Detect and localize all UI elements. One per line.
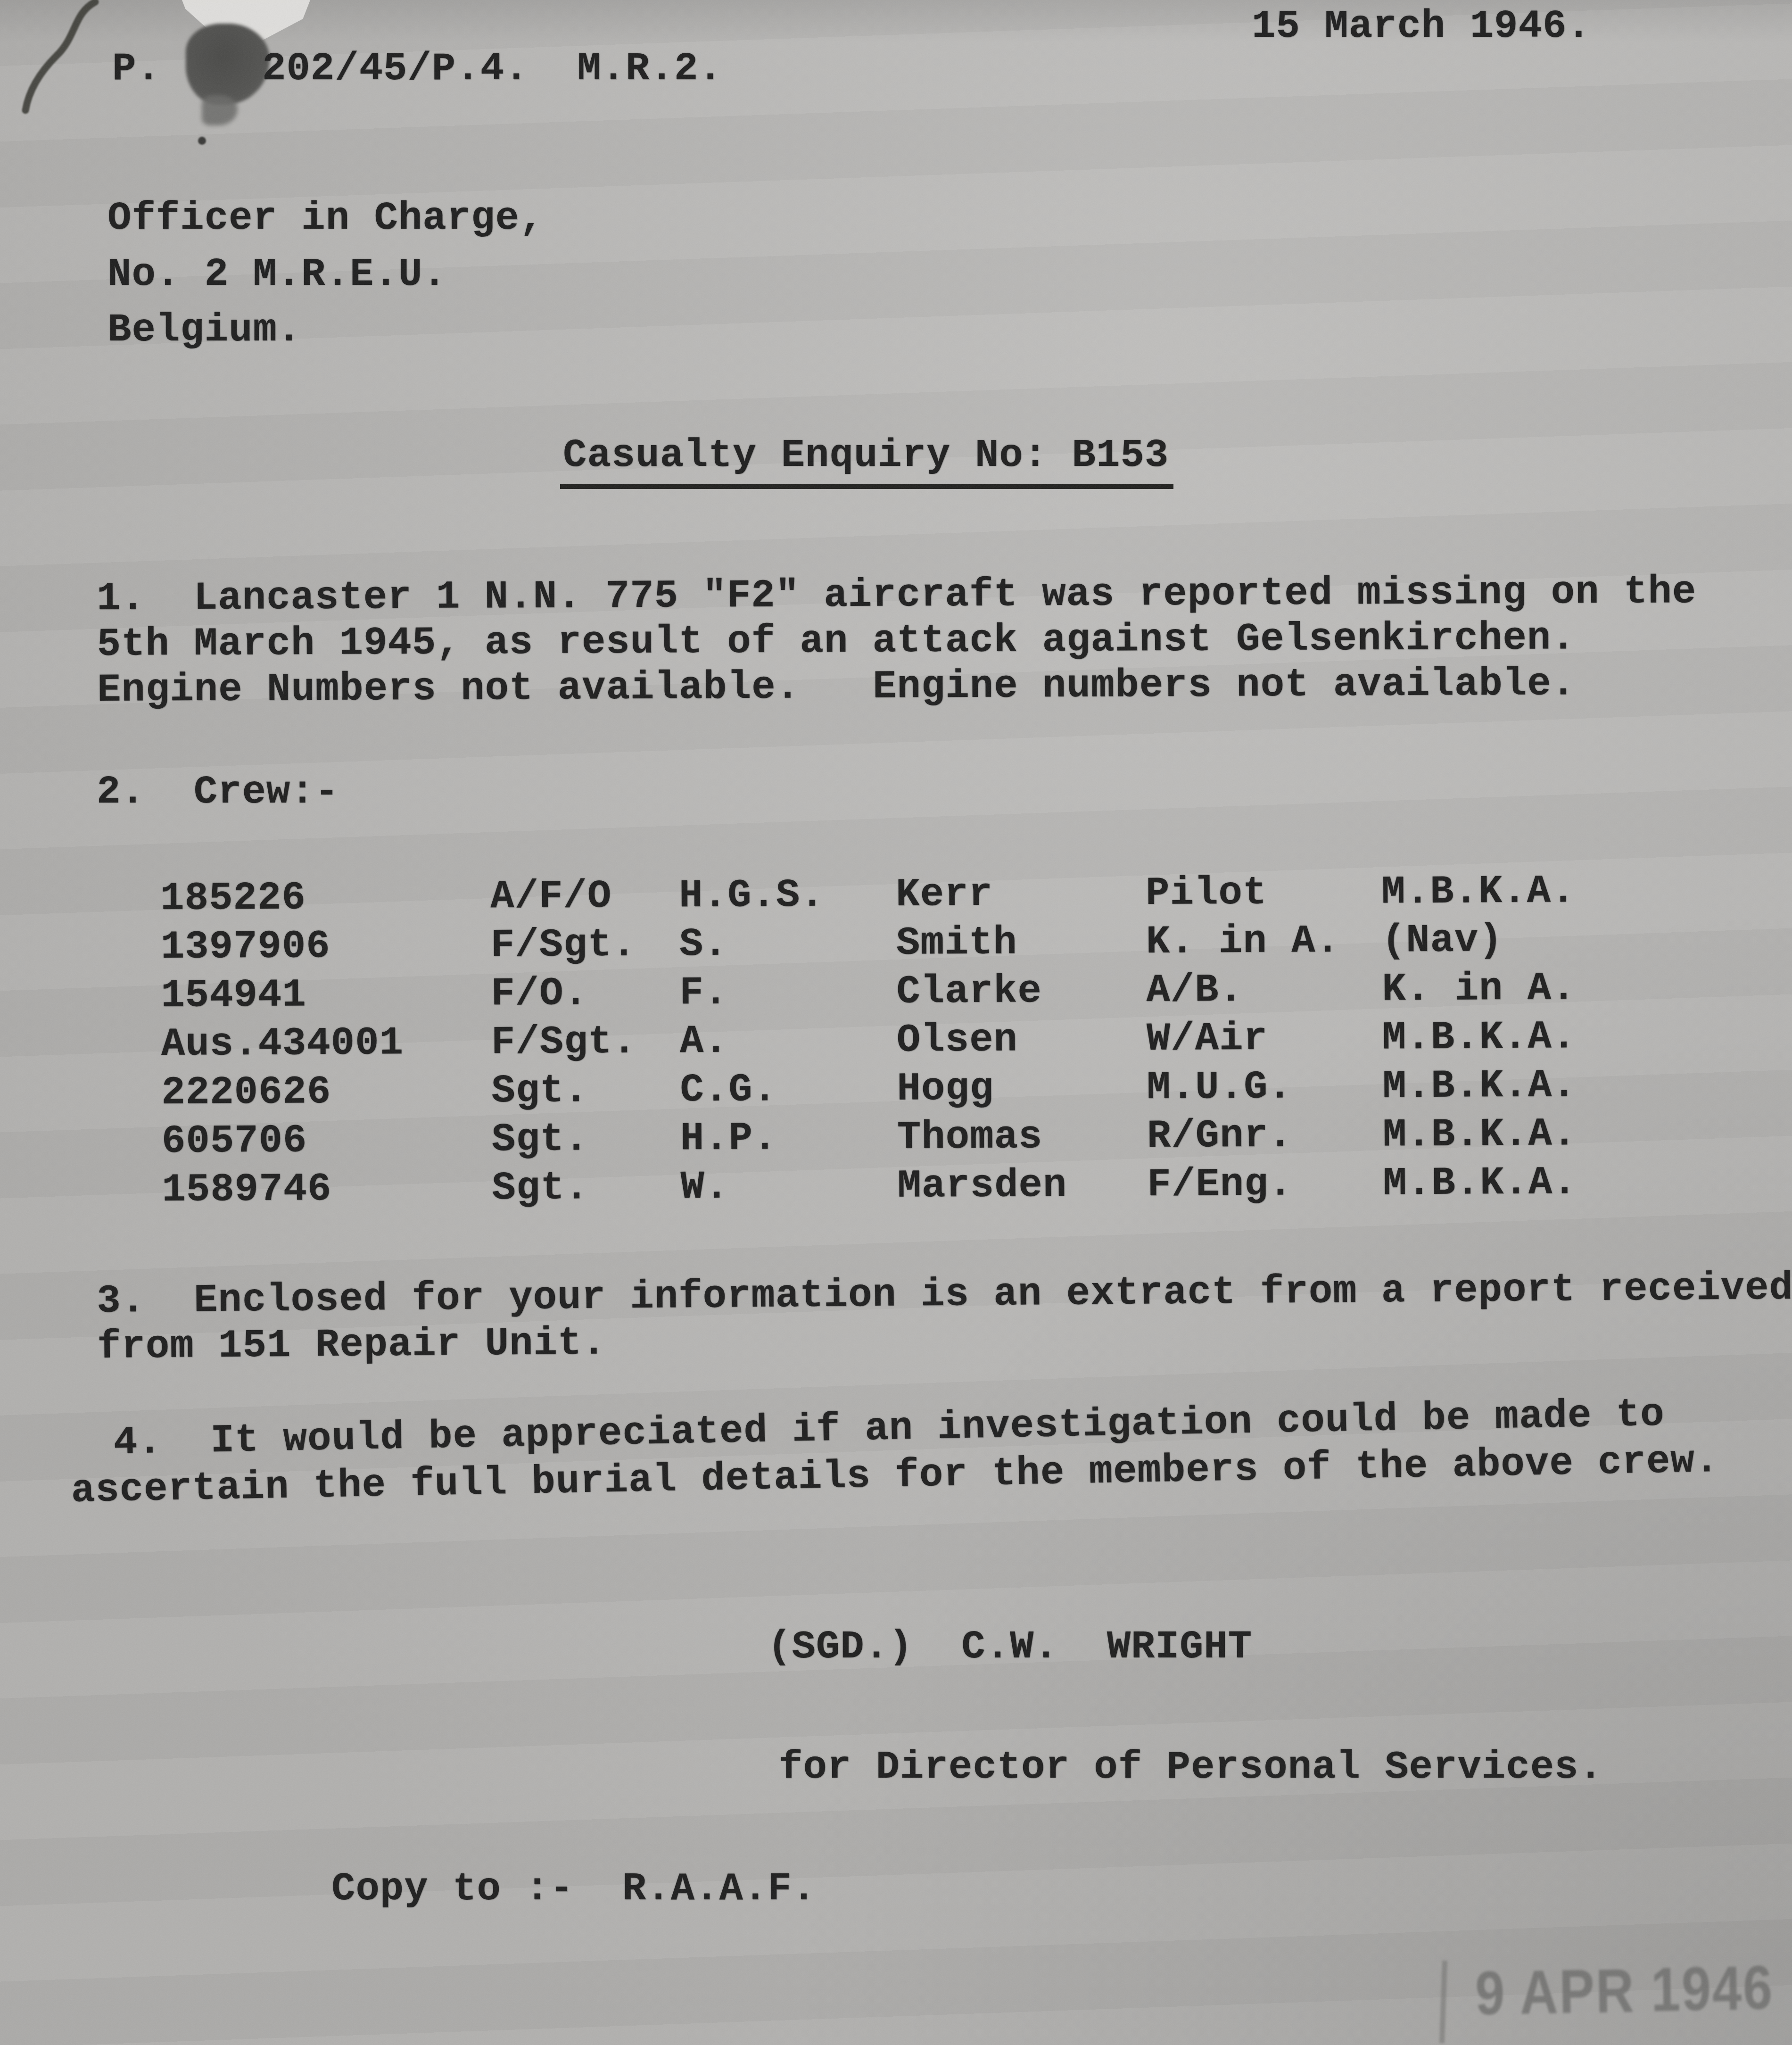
crew-status: K. in A. <box>1382 966 1576 1012</box>
scanned-document-page: { "page": { "date_line": "15 March 1946.… <box>0 0 1792 2045</box>
crew-duty: M.U.G. <box>1147 1064 1383 1111</box>
crew-duty: R/Gnr. <box>1147 1112 1383 1159</box>
crew-rank: F/Sgt. <box>491 1019 680 1066</box>
date-received-stamp: 9 APR 1946 <box>1475 1952 1774 2029</box>
paragraph-1-line-2: 5th March 1945, as result of an attack a… <box>97 615 1696 668</box>
crew-duty: A/B. <box>1146 967 1382 1014</box>
crew-table: 185226 A/F/O H.G.S. Kerr Pilot M.B.K.A. … <box>160 869 1577 1216</box>
crew-table-row: Aus.434001 F/Sgt. A. Olsen W/Air M.B.K.A… <box>161 1014 1577 1070</box>
crew-table-row: 185226 A/F/O H.G.S. Kerr Pilot M.B.K.A. <box>160 869 1576 925</box>
crew-status: M.B.K.A. <box>1383 1111 1577 1158</box>
recipient-line-1: Officer in Charge, <box>107 196 544 241</box>
crew-surname: Olsen <box>897 1017 1147 1064</box>
crew-surname: Marsden <box>897 1162 1148 1209</box>
crew-service-number: 154941 <box>161 971 491 1019</box>
crew-status: M.B.K.A. <box>1382 1063 1577 1109</box>
recipient-line-3: Belgium. <box>107 307 301 353</box>
crew-initials: C.G. <box>680 1067 897 1113</box>
crew-status: M.B.K.A. <box>1381 869 1576 915</box>
signed-line: (SGD.) C.W. WRIGHT <box>768 1624 1252 1670</box>
crew-duty: Pilot <box>1146 869 1382 917</box>
crew-initials: H.G.S. <box>679 872 896 919</box>
crew-surname: Smith <box>896 919 1147 967</box>
crew-duty: K. in A. <box>1146 918 1382 965</box>
recipient-line-2: No. 2 M.R.E.U. <box>107 252 447 298</box>
crew-service-number: Aus.434001 <box>161 1020 491 1068</box>
crew-rank: Sgt. <box>492 1116 681 1163</box>
crew-table-row: 154941 F/O. F. Clarke A/B. K. in A. <box>161 966 1576 1022</box>
typewritten-text-layer: 15 March 1946. P. 202/45/P.4. M.R.2. Off… <box>0 0 1792 2045</box>
crew-surname: Thomas <box>897 1114 1148 1161</box>
crew-service-number: 605706 <box>162 1117 492 1165</box>
paragraph-1: 1. Lancaster 1 N.N. 775 "F2" aircraft wa… <box>97 569 1697 713</box>
crew-status: M.B.K.A. <box>1382 1014 1577 1061</box>
crew-initials: W. <box>680 1164 898 1210</box>
reference-prefix: P. <box>112 46 161 92</box>
paragraph-3: 3. Enclosed for your information is an e… <box>97 1266 1792 1370</box>
crew-initials: S. <box>679 921 897 968</box>
crew-service-number: 185226 <box>160 874 490 922</box>
date-line: 15 March 1946. <box>1252 4 1591 50</box>
crew-initials: A. <box>680 1018 897 1065</box>
crew-rank: Sgt. <box>492 1165 681 1211</box>
crew-rank: Sgt. <box>491 1068 680 1114</box>
crew-surname: Hogg <box>897 1065 1147 1112</box>
crew-surname: Clarke <box>896 968 1147 1015</box>
crew-table-row: 2220626 Sgt. C.G. Hogg M.U.G. M.B.K.A. <box>161 1063 1577 1119</box>
signature-title-line: for Director of Personal Services. <box>779 1745 1603 1790</box>
crew-table-row: 605706 Sgt. H.P. Thomas R/Gnr. M.B.K.A. <box>162 1111 1577 1167</box>
copy-to-line: Copy to :- R.A.A.F. <box>331 1866 816 1912</box>
crew-service-number: 1589746 <box>162 1166 492 1213</box>
reference-number: 202/45/P.4. M.R.2. <box>262 46 723 92</box>
crew-rank: A/F/O <box>490 873 679 920</box>
crew-rank: F/Sgt. <box>491 922 680 969</box>
crew-initials: F. <box>679 969 897 1016</box>
paragraph-1-line-3: Engine Numbers not available. Engine num… <box>97 661 1697 713</box>
document-title: Casualty Enquiry No: B153 <box>560 433 1173 489</box>
crew-initials: H.P. <box>680 1115 898 1162</box>
crew-table-row: 1589746 Sgt. W. Marsden F/Eng. M.B.K.A. <box>162 1160 1577 1216</box>
crew-rank: F/O. <box>491 970 680 1017</box>
crew-status: (Nav) <box>1382 918 1503 964</box>
crew-duty: F/Eng. <box>1147 1161 1383 1208</box>
crew-service-number: 2220626 <box>161 1068 491 1116</box>
crew-service-number: 1397906 <box>161 923 491 970</box>
crew-table-row: 1397906 F/Sgt. S. Smith K. in A. (Nav) <box>161 917 1576 973</box>
paragraph-1-line-1: 1. Lancaster 1 N.N. 775 "F2" aircraft wa… <box>97 569 1696 622</box>
crew-status: M.B.K.A. <box>1383 1160 1577 1207</box>
paragraph-2-heading: 2. Crew:- <box>97 770 339 815</box>
crew-surname: Kerr <box>896 871 1146 918</box>
crew-duty: W/Air <box>1147 1015 1383 1062</box>
